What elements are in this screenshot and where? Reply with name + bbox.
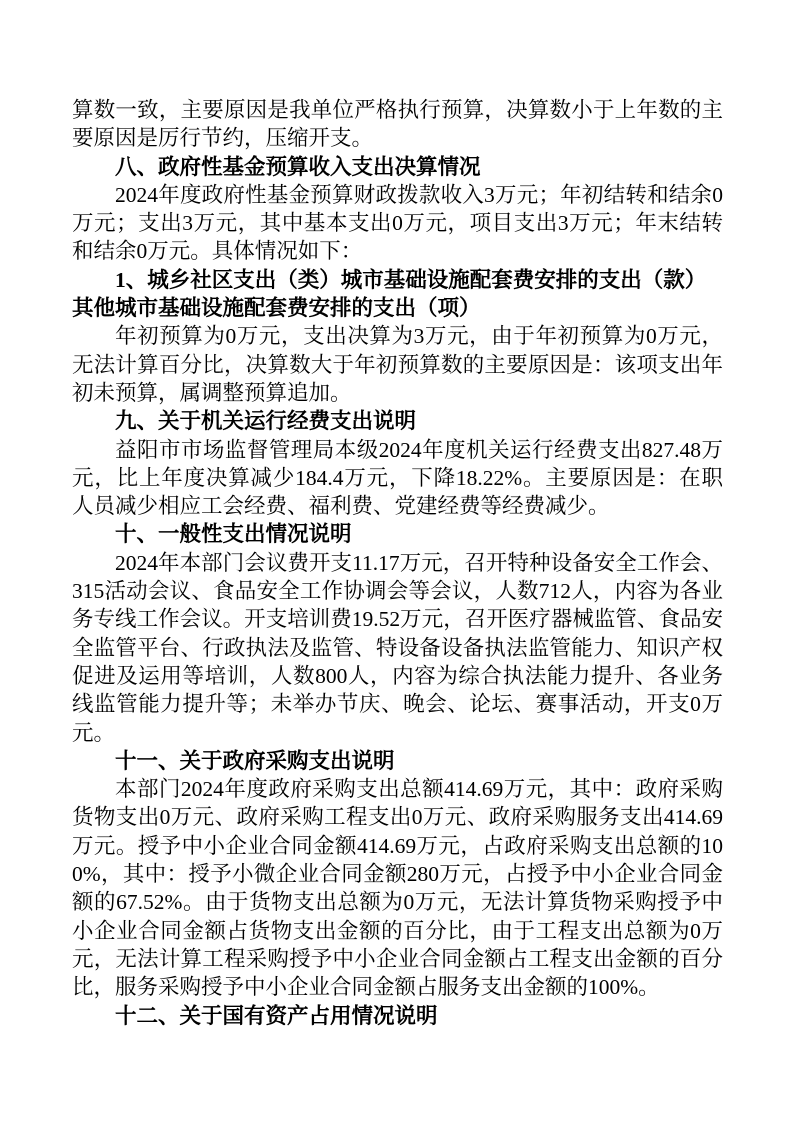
section-11-paragraph: 本部门2024年度政府采购支出总额414.69万元，其中：政府采购货物支出0万元… (72, 775, 723, 1001)
section-9-heading: 九、关于机关运行经费支出说明 (72, 407, 723, 435)
subsection-1-paragraph: 年初预算为0万元，支出决算为3万元，由于年初预算为0万元，无法计算百分比，决算数… (72, 322, 723, 407)
section-10-paragraph: 2024年本部门会议费开支11.17万元，召开特种设备安全工作会、315活动会议… (72, 549, 723, 747)
subsection-1-heading: 1、城乡社区支出（类）城市基础设施配套费安排的支出（款）其他城市基础设施配套费安… (72, 266, 723, 323)
section-8-paragraph: 2024年度政府性基金预算财政拨款收入3万元；年初结转和结余0万元；支出3万元，… (72, 181, 723, 266)
document-body: 算数一致，主要原因是我单位严格执行预算，决算数小于上年数的主要原因是厉行节约，压… (72, 96, 723, 1030)
section-8-heading: 八、政府性基金预算收入支出决算情况 (72, 153, 723, 181)
carryover-paragraph: 算数一致，主要原因是我单位严格执行预算，决算数小于上年数的主要原因是厉行节约，压… (72, 96, 723, 153)
section-10-heading: 十、一般性支出情况说明 (72, 520, 723, 548)
section-12-heading: 十二、关于国有资产占用情况说明 (72, 1002, 723, 1030)
section-11-heading: 十一、关于政府采购支出说明 (72, 747, 723, 775)
document-page: 算数一致，主要原因是我单位严格执行预算，决算数小于上年数的主要原因是厉行节约，压… (0, 0, 793, 1122)
section-9-paragraph: 益阳市市场监督管理局本级2024年度机关运行经费支出827.48万元，比上年度决… (72, 436, 723, 521)
